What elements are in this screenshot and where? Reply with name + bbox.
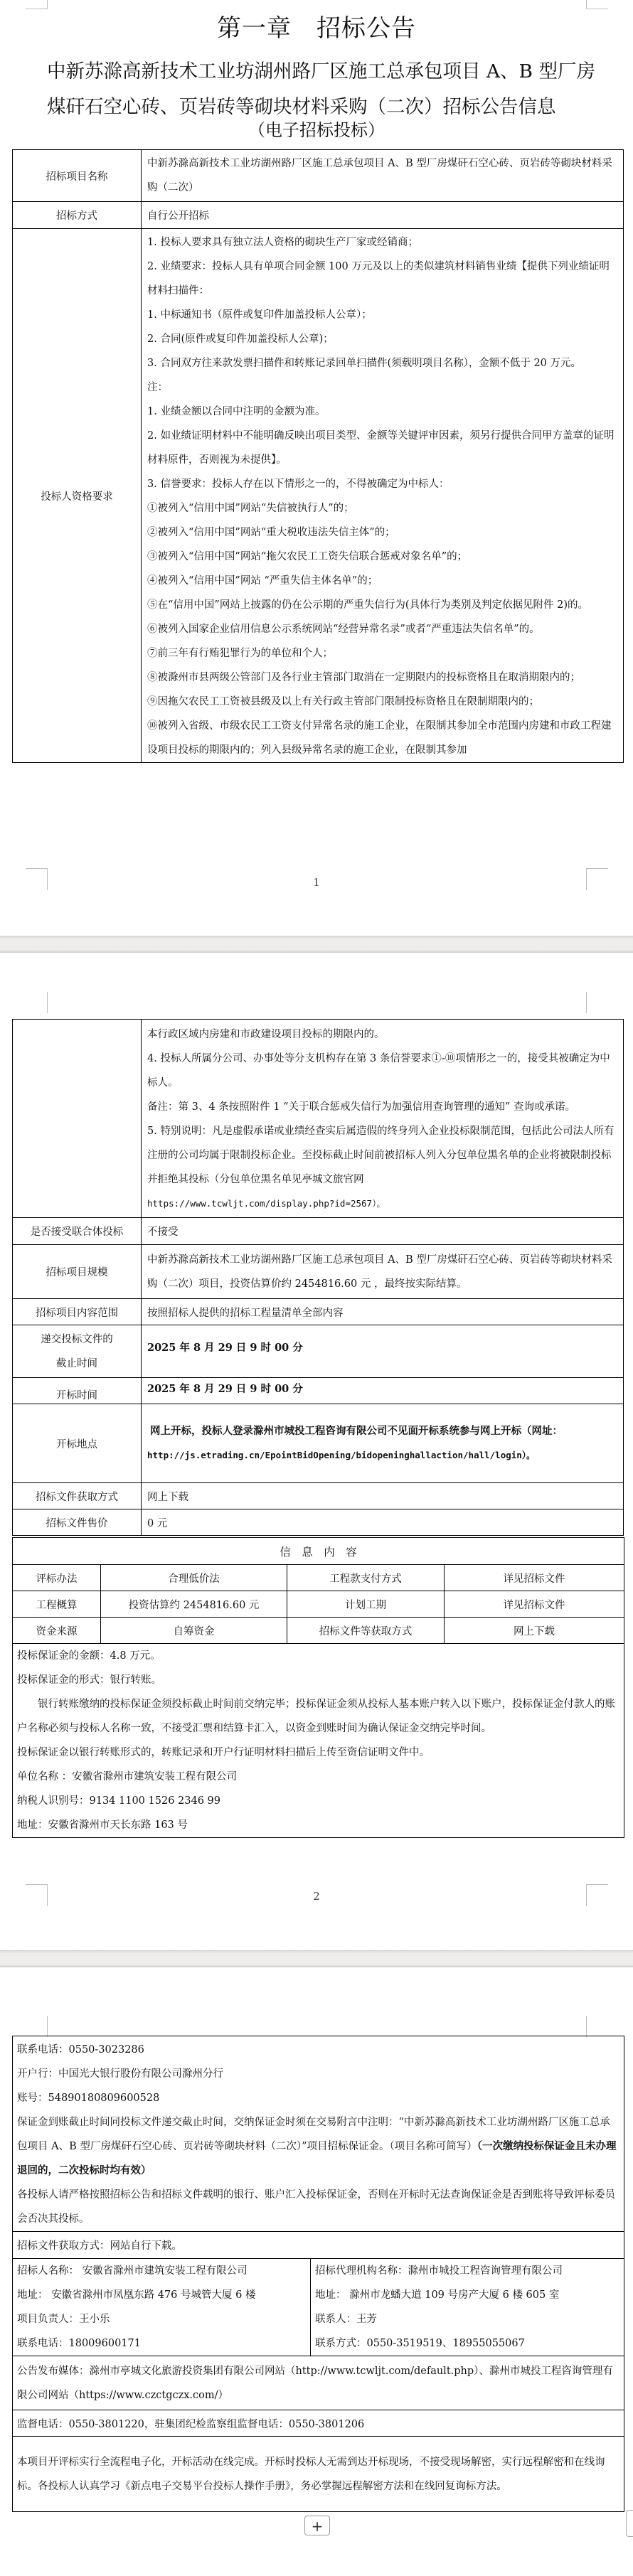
row-value: 中新苏滁高新技术工业坊湖州路厂区施工总承包项目 A、B 型厂房煤矸石空心砖、页岩… [142, 1245, 624, 1299]
grid-cell: 自筹资金 [101, 1618, 287, 1644]
list-item: 备注：第 3、4 条按照附件 1 “关于联合惩戒失信行为加强信用查询管理的通知”… [147, 1095, 617, 1119]
list-item: 2. 业绩要求：投标人具有单项合同金额 100 万元及以上的类似建筑材料销售业绩… [147, 255, 617, 303]
list-item: 3. 合同双方往来款发票扫描件和转账记录回单扫描件(须载明项目名称），金额不低于… [147, 351, 617, 375]
row-label: 是否接受联合体投标 [13, 1218, 142, 1245]
table-row: 招标人名称： 安徽省滁州市建筑安装工程有限公司 地址： 安徽省滁州市凤凰东路 4… [13, 2259, 624, 2356]
table-row: 评标办法 合理低价法 工程款支付方式 详见招标文件 [13, 1565, 624, 1591]
deposit-warning: 各投标人请严格按照招标公告和招标文件载明的银行、账户汇入投标保证金，否则在开标时… [17, 2183, 619, 2231]
crop-mark [26, 992, 48, 1013]
page-number: 2 [0, 1890, 633, 1903]
table-row: 工程概算 投资估算约 2454816.60 元 计划工期 详见招标文件 [13, 1591, 624, 1618]
row-value: 不接受 [142, 1218, 624, 1245]
table-row: 本行政区域内房建和市政建设项目投标的期限内的。 4. 投标人所属分公司、办事处等… [13, 1020, 624, 1218]
grid-cell: 计划工期 [287, 1591, 445, 1618]
list-item: 1. 业绩金额以合同中注明的金额为准。 [147, 400, 617, 424]
blacklist-link[interactable]: https://www.tcwljt.com/display.php?id=25… [147, 1192, 617, 1216]
row-value: 按照招标人提供的招标工程量清单全部内容 [142, 1299, 624, 1325]
publication-media: 公告发布媒体：滁州市亭城文化旅游投资集团有限公司网站（http://www.tc… [13, 2356, 624, 2410]
deposit-note: 保证金到账截止时间同投标文件递交截止时间，交纳保证金时须在交易附言中注明：“中新… [17, 2110, 619, 2183]
deposit-phone: 联系电话：0550-3023286 [17, 2038, 619, 2062]
document-page-1: 第一章 招标公告 中新苏滁高新技术工业坊湖州路厂区施工总承包项目 A、B 型厂房… [0, 0, 633, 936]
page-separator [0, 1950, 633, 1967]
grid-cell: 招标文件等获取方式 [287, 1618, 445, 1644]
tender-info-table-cont: 本行政区域内房建和市政建设项目投标的期限内的。 4. 投标人所属分公司、办事处等… [12, 1019, 624, 1536]
grid-cell: 资金来源 [13, 1618, 101, 1644]
list-item: ③被列入“信用中国”网站“拖欠农民工工资失信联合惩戒对象名单”的； [147, 545, 617, 569]
row-label: 招标项目规模 [13, 1245, 142, 1299]
label-line: 递交投标文件的 [18, 1327, 135, 1352]
chapter-title: 第一章 招标公告 [0, 9, 633, 43]
table-row: 递交投标文件的 截止时间 2025 年 8 月 29 日 9 时 00 分 [13, 1325, 624, 1378]
row-value: 中新苏滁高新技术工业坊湖州路厂区施工总承包项目 A、B 型厂房煤矸石空心砖、页岩… [142, 150, 624, 202]
deposit-rule: 银行转账缴纳的投标保证金须投标截止时间前交纳完毕；投标保证金须从投标人基本账户转… [17, 1692, 619, 1741]
info-header: 信 息 内 容 [13, 1538, 624, 1565]
tenderer-manager: 项目负责人：王小乐 [17, 2307, 306, 2331]
deposit-tax-id: 纳税人识别号：9134 1100 1526 2346 99 [17, 1789, 619, 1813]
table-row: 招标项目内容范围 按照招标人提供的招标工程量清单全部内容 [13, 1299, 624, 1325]
row-label: 开标地点 [13, 1404, 142, 1483]
deposit-address: 地址：安徽省滁州市天长东路 163 号 [17, 1813, 619, 1837]
table-row: 本项目开评标实行全流程电子化，开标活动在线完成。开标时投标人无需到达开标现场，不… [13, 2437, 624, 2512]
row-label: 招标项目内容范围 [13, 1299, 142, 1325]
side-scroll-handle[interactable] [626, 2510, 633, 2537]
table-row: 招标文件获取方式 网上下载 [13, 1483, 624, 1509]
deposit-unit-name: 单位名称 ：安徽省滁州市建筑安装工程有限公司 [17, 1765, 619, 1789]
grid-cell: 网上下载 [445, 1618, 624, 1644]
electronic-bidding-note: 本项目开评标实行全流程电子化，开标活动在线完成。开标时投标人无需到达开标现场，不… [13, 2437, 624, 2512]
grid-cell: 投资估算约 2454816.60 元 [101, 1591, 287, 1618]
grid-cell: 工程概算 [13, 1591, 101, 1618]
agency-name: 招标代理机构名称：滁州市城投工程咨询管理有限公司 [315, 2259, 619, 2283]
contact-table: 联系电话：0550-3023286 开户行：中国光大银行股份有限公司滁州分行 账… [12, 2036, 624, 2512]
grid-cell: 详见招标文件 [445, 1565, 624, 1591]
list-item: 2. 如业绩证明材料中不能明确反映出项目类型、金额等关键评审因素，须另行提供合同… [147, 424, 617, 472]
table-row: 投标人资格要求 1. 投标人要求具有独立法人资格的砌块生产厂家或经销商； 2. … [13, 229, 624, 763]
row-value: 0 元 [142, 1509, 624, 1536]
doc-obtain-method: 招标文件获取方式：网站自行下载。 [13, 2232, 624, 2259]
agency-contact: 联系人：王芳 [315, 2307, 619, 2331]
list-item: 1. 中标通知书（原件或复印件加盖投标人公章）； [147, 303, 617, 327]
list-item: ④被列入“信用中国”网站 “严重失信主体名单”的； [147, 569, 617, 593]
table-row: 开标地点 网上开标，投标人登录滁州市城投工程咨询有限公司不见面开标系统参与网上开… [13, 1404, 624, 1483]
list-item: 本行政区域内房建和市政建设项目投标的期限内的。 [147, 1022, 617, 1047]
table-row: 招标文件售价 0 元 [13, 1509, 624, 1536]
add-page-button[interactable]: + [304, 2516, 330, 2535]
document-page-2: 本行政区域内房建和市政建设项目投标的期限内的。 4. 投标人所属分公司、办事处等… [0, 953, 633, 1950]
agency-address: 地址： 滁州市龙蟠大道 109 号房产大厦 6 楼 605 室 [315, 2283, 619, 2307]
list-item: ⑤在“信用中国”网站上披露的仍在公示期的严重失信行为(具体行为类别及判定依据见附… [147, 593, 617, 617]
row-label: 招标文件售价 [13, 1509, 142, 1536]
list-item: ⑨因拖欠农民工工资被县级及以上有关行政主管部门限制投标资格且在限制期限内的； [147, 690, 617, 714]
row-value: 自行公开招标 [142, 202, 624, 229]
page-number: 1 [0, 876, 633, 889]
deposit-upload: 投标保证金以银行转账形式的，转账记录和开户行证明材料扫描后上传至资信证明文件中。 [17, 1741, 619, 1765]
crop-mark [586, 992, 608, 1013]
list-item: ①被列入“信用中国”网站“失信被执行人”的； [147, 496, 617, 520]
announcement-title: 中新苏滁高新技术工业坊湖州路厂区施工总承包项目 A、B 型厂房 煤矸石空心砖、页… [47, 54, 602, 125]
qualification-list: 1. 投标人要求具有独立法人资格的砌块生产厂家或经销商； 2. 业绩要求：投标人… [142, 229, 624, 763]
row-label: 开标时间 [13, 1378, 142, 1404]
crop-mark [26, 2016, 48, 2037]
grid-cell: 详见招标文件 [445, 1591, 624, 1618]
info-content-table: 信 息 内 容 评标办法 合理低价法 工程款支付方式 详见招标文件 工程概算 投… [12, 1537, 624, 1838]
list-item: 5. 特别说明：凡是虚假承诺或业绩经查实后属造假的终身列入企业投标限制范围，包括… [147, 1119, 617, 1192]
deposit-form: 投标保证金的形式：银行转账。 [17, 1668, 619, 1692]
opening-place-text: 网上开标，投标人登录滁州市城投工程咨询有限公司不见面开标系统参与网上开标（网址： [147, 1419, 617, 1443]
grid-cell: 评标办法 [13, 1565, 101, 1591]
list-item: 注： [147, 375, 617, 400]
row-label [13, 1020, 142, 1218]
announcement-title-line1: 中新苏滁高新技术工业坊湖州路厂区施工总承包项目 A、B 型厂房 [47, 54, 602, 90]
deposit-section: 投标保证金的金额：4.8 万元。 投标保证金的形式：银行转账。 银行转账缴纳的投… [13, 1644, 624, 1838]
list-item: ⑩被列入省级、市级农民工工资支付异常名录的施工企业，在限制其参加全市范围内房建和… [147, 714, 617, 762]
tenderer-phone: 联系电话：18009600171 [17, 2331, 306, 2356]
qualification-list-cont: 本行政区域内房建和市政建设项目投标的期限内的。 4. 投标人所属分公司、办事处等… [142, 1020, 624, 1218]
deadline-value: 2025 年 8 月 29 日 9 时 00 分 [142, 1325, 624, 1378]
tender-info-table: 招标项目名称 中新苏滁高新技术工业坊湖州路厂区施工总承包项目 A、B 型厂房煤矸… [12, 149, 624, 763]
opening-system-link[interactable]: http://js.etrading.cn/EpointBidOpening/b… [147, 1443, 617, 1468]
opening-time-value: 2025 年 8 月 29 日 9 时 00 分 [142, 1378, 624, 1404]
table-row: 招标项目规模 中新苏滁高新技术工业坊湖州路厂区施工总承包项目 A、B 型厂房煤矸… [13, 1245, 624, 1299]
table-row: 资金来源 自筹资金 招标文件等获取方式 网上下载 [13, 1618, 624, 1644]
crop-mark [586, 2016, 608, 2037]
table-row: 招标方式 自行公开招标 [13, 202, 624, 229]
list-item: 4. 投标人所属分公司、办事处等分支机构存在第 3 条信誉要求①-⑩项情形之一的… [147, 1047, 617, 1095]
row-label: 招标文件获取方式 [13, 1483, 142, 1509]
row-label: 招标方式 [13, 202, 142, 229]
opening-place-value: 网上开标，投标人登录滁州市城投工程咨询有限公司不见面开标系统参与网上开标（网址：… [142, 1404, 624, 1483]
table-row: 监督电话：0550-3801220，驻集团纪检监察组监督电话：0550-3801… [13, 2410, 624, 2437]
deposit-account-section: 联系电话：0550-3023286 开户行：中国光大银行股份有限公司滁州分行 账… [13, 2036, 624, 2232]
table-row: 公告发布媒体：滁州市亭城文化旅游投资集团有限公司网站（http://www.tc… [13, 2356, 624, 2410]
announcement-subtitle: （电子招标投标） [0, 116, 633, 141]
agency-phone: 联系方式：0550-3519519、18955055067 [315, 2331, 619, 2356]
row-label: 招标项目名称 [13, 150, 142, 202]
tenderer-name: 招标人名称： 安徽省滁州市建筑安装工程有限公司 [17, 2259, 306, 2283]
table-row: 招标文件获取方式：网站自行下载。 [13, 2232, 624, 2259]
list-item: ②被列入“信用中国”网站“重大税收违法失信主体”的； [147, 520, 617, 545]
deposit-amount: 投标保证金的金额：4.8 万元。 [17, 1644, 619, 1668]
document-page-3: 联系电话：0550-3023286 开户行：中国光大银行股份有限公司滁州分行 账… [0, 1967, 633, 2576]
row-label: 递交投标文件的 截止时间 [13, 1325, 142, 1378]
grid-cell: 合理低价法 [101, 1565, 287, 1591]
row-label: 投标人资格要求 [13, 229, 142, 763]
list-item: ⑦前三年有行贿犯罪行为的单位和个人； [147, 641, 617, 666]
deposit-account: 账号：54890180809600528 [17, 2086, 619, 2110]
tenderer-info: 招标人名称： 安徽省滁州市建筑安装工程有限公司 地址： 安徽省滁州市凤凰东路 4… [13, 2259, 311, 2356]
table-row: 是否接受联合体投标 不接受 [13, 1218, 624, 1245]
grid-cell: 工程款支付方式 [287, 1565, 445, 1591]
agency-info: 招标代理机构名称：滁州市城投工程咨询管理有限公司 地址： 滁州市龙蟠大道 109… [311, 2259, 624, 2356]
table-row: 开标时间 2025 年 8 月 29 日 9 时 00 分 [13, 1378, 624, 1404]
tenderer-address: 地址： 安徽省滁州市凤凰东路 476 号城管大厦 6 楼 [17, 2283, 306, 2307]
table-row: 信 息 内 容 [13, 1538, 624, 1565]
list-item: 3. 信誉要求：投标人存在以下情形之一的，不得被确定为中标人： [147, 472, 617, 496]
label-line: 截止时间 [18, 1352, 135, 1376]
list-item: ⑥被列入国家企业信用信息公示系统网站“经营异常名录”或者“严重违法失信名单”的。 [147, 617, 617, 641]
page-separator [0, 936, 633, 953]
list-item: 2. 合同(原件或复印件加盖投标人公章)； [147, 327, 617, 351]
supervision-phone: 监督电话：0550-3801220，驻集团纪检监察组监督电话：0550-3801… [13, 2410, 624, 2437]
table-row: 联系电话：0550-3023286 开户行：中国光大银行股份有限公司滁州分行 账… [13, 2036, 624, 2232]
table-row: 投标保证金的金额：4.8 万元。 投标保证金的形式：银行转账。 银行转账缴纳的投… [13, 1644, 624, 1838]
list-item: 1. 投标人要求具有独立法人资格的砌块生产厂家或经销商； [147, 230, 617, 255]
deposit-bank: 开户行：中国光大银行股份有限公司滁州分行 [17, 2062, 619, 2086]
table-row: 招标项目名称 中新苏滁高新技术工业坊湖州路厂区施工总承包项目 A、B 型厂房煤矸… [13, 150, 624, 202]
row-value: 网上下载 [142, 1483, 624, 1509]
list-item: ⑧被滁州市县两级公管部门及各行业主管部门取消在一定期限内的投标资格且在取消期限内… [147, 666, 617, 690]
